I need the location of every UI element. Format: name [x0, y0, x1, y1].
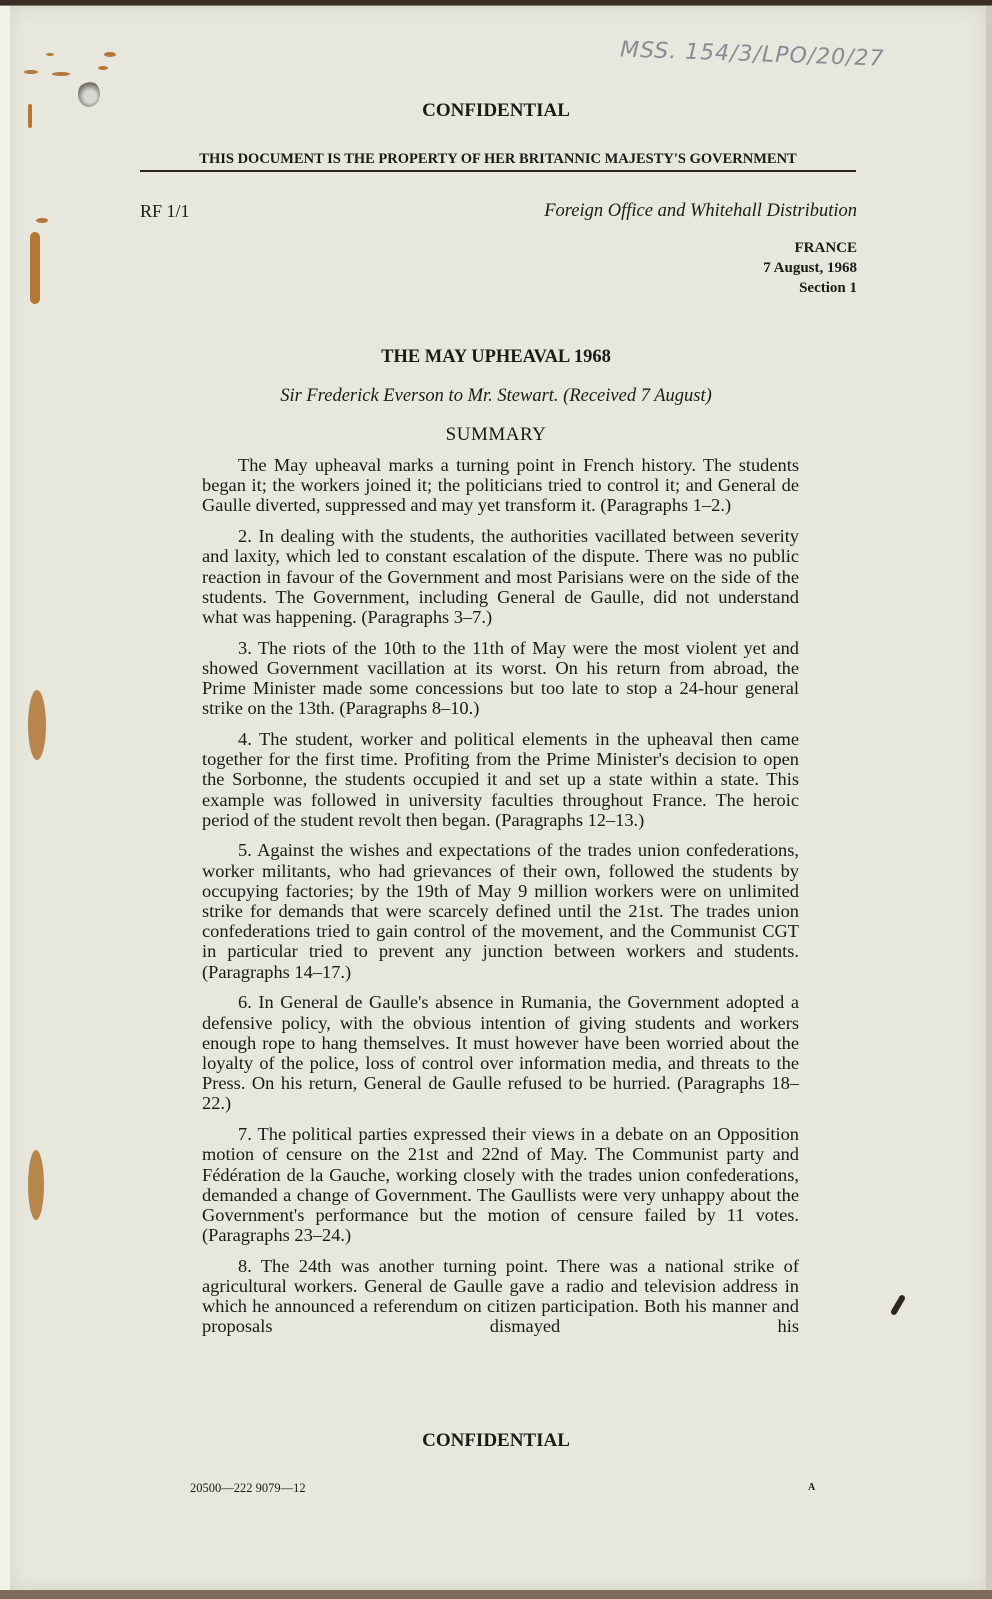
- meta-section: Section 1: [763, 278, 857, 298]
- document-meta: FRANCE 7 August, 1968 Section 1: [763, 238, 857, 298]
- rust-stain-icon: [36, 218, 48, 223]
- rust-stain-icon: [52, 72, 70, 76]
- byline: Sir Frederick Everson to Mr. Stewart. (R…: [0, 386, 992, 407]
- meta-date: 7 August, 1968: [763, 258, 857, 278]
- rust-stain-icon: [30, 232, 40, 304]
- summary-paragraph: 3. The riots of the 10th to the 11th of …: [202, 638, 799, 719]
- classification-header: CONFIDENTIAL: [0, 100, 992, 122]
- print-code: 20500—222 9079—12: [190, 1481, 306, 1496]
- page-left-margin: [0, 6, 10, 1596]
- summary-paragraph: 5. Against the wishes and expectations o…: [202, 840, 799, 981]
- summary-paragraph: 7. The political parties expressed their…: [202, 1124, 799, 1245]
- rust-stain-icon: [28, 690, 46, 760]
- distribution-line: Foreign Office and Whitehall Distributio…: [544, 201, 857, 222]
- rust-stain-icon: [24, 70, 38, 74]
- rust-stain-icon: [28, 1150, 44, 1220]
- page-right-edge: [986, 6, 992, 1596]
- summary-paragraph: 6. In General de Gaulle's absence in Rum…: [202, 992, 799, 1113]
- meta-country: FRANCE: [763, 238, 857, 258]
- rust-stain-icon: [98, 66, 108, 70]
- summary-paragraph: 4. The student, worker and political ele…: [202, 729, 799, 830]
- summary-body: The May upheaval marks a turning point i…: [202, 455, 799, 1347]
- document-title: THE MAY UPHEAVAL 1968: [0, 347, 992, 368]
- summary-paragraph: 2. In dealing with the students, the aut…: [202, 526, 799, 627]
- reference-code: RF 1/1: [140, 201, 190, 222]
- classification-footer: CONFIDENTIAL: [0, 1430, 992, 1452]
- summary-paragraph: 8. The 24th was another turning point. T…: [202, 1256, 799, 1337]
- page-top-edge: [0, 0, 992, 5]
- rust-stain-icon: [104, 52, 116, 57]
- page-bottom-edge: [0, 1590, 992, 1599]
- summary-paragraph: The May upheaval marks a turning point i…: [202, 455, 799, 516]
- property-notice: THIS DOCUMENT IS THE PROPERTY OF HER BRI…: [140, 151, 856, 172]
- rust-stain-icon: [46, 53, 54, 56]
- summary-heading: SUMMARY: [0, 424, 992, 446]
- signature-letter: A: [808, 1482, 815, 1493]
